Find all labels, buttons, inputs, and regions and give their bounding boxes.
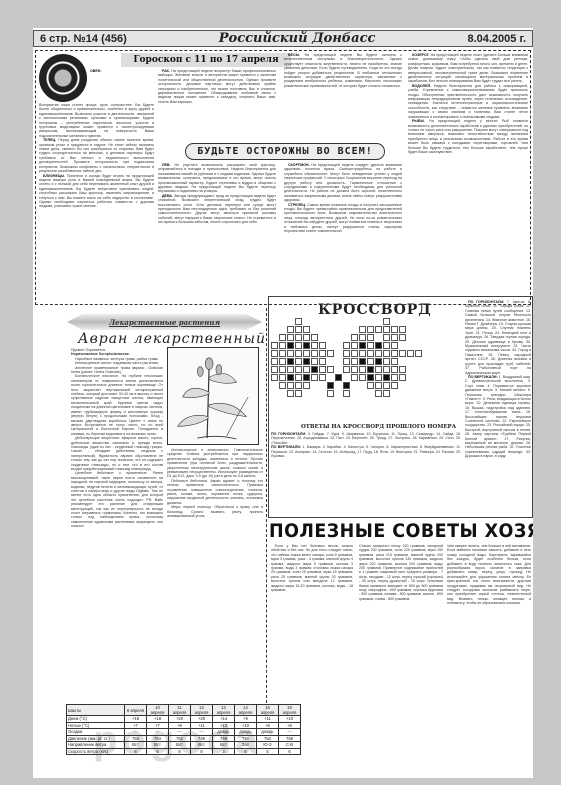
- crossword-cell[interactable]: [367, 350, 374, 357]
- crossword-black-cell: [327, 382, 334, 389]
- crossword-cell[interactable]: [295, 382, 302, 389]
- crossword-cell[interactable]: [343, 366, 350, 373]
- weather-cell: 6: [279, 748, 301, 755]
- sign-libra: ВЕСЫ. На предстоящей неделе Вы будете ск…: [284, 53, 402, 88]
- weather-cell: 5: [147, 748, 169, 755]
- tips-title: ПОЛЕЗНЫЕ СОВЕТЫ ХОЗЯЙКАМ: [269, 520, 512, 542]
- crossword-black-cell: [359, 358, 366, 365]
- crossword-cell[interactable]: [391, 382, 398, 389]
- sign-scorpio: СКОРПИОН. На предстоящей неделе следует …: [284, 163, 402, 203]
- sign-capricorn: КОЗЕРОГ. На предстоящей неделе стоит уде…: [408, 53, 528, 84]
- date-header: 16 апреля: [279, 705, 301, 716]
- crossword-cell[interactable]: [295, 390, 302, 397]
- date-header: 15 апреля: [257, 705, 279, 716]
- crossword-cell[interactable]: [351, 334, 358, 341]
- crossword-cell[interactable]: [271, 358, 278, 365]
- crossword-grid[interactable]: [271, 318, 461, 413]
- warning-banner: БУДЬТЕ ОСТОРОЖНЫ ВО ВСЕМ!: [185, 143, 385, 160]
- weather-cell: 8: [169, 748, 191, 755]
- crossword-cell[interactable]: [319, 350, 326, 357]
- crossword-cell[interactable]: [415, 350, 422, 357]
- crossword-clues: ПО ГОРИЗОНТАЛИ: 7. Цветок. 8. Мужской го…: [465, 300, 531, 515]
- crossword-answers-title: ОТВЕТЫ НА КРОССВОРД ПРОШЛОГО НОМЕРА: [301, 424, 456, 430]
- crossword-cell[interactable]: [287, 390, 294, 397]
- date-header: 10 апреля: [147, 705, 169, 716]
- crossword-cell[interactable]: [303, 350, 310, 357]
- crossword-cell[interactable]: [343, 350, 350, 357]
- crossword-cell[interactable]: [311, 342, 318, 349]
- crossword-cell[interactable]: [367, 382, 374, 389]
- horoscope-column-2-bottom: ЛЕВ. Не упустите возможность расширить с…: [158, 163, 276, 303]
- crossword-cell[interactable]: [399, 374, 406, 381]
- sign-aquarius: ВОДОЛЕЙ. Неделя благоприятна для работы …: [408, 84, 528, 119]
- crossword-cell[interactable]: [391, 358, 398, 365]
- crossword-black-cell: [287, 358, 294, 365]
- crossword-cell[interactable]: [399, 366, 406, 373]
- column-divider: [266, 308, 267, 703]
- crossword-cell[interactable]: [351, 358, 358, 365]
- plant-article-column-2: Ранее высокоценимый, ныне авран почти не…: [167, 448, 263, 708]
- crossword-cell[interactable]: [303, 326, 310, 333]
- gratiola-plant-icon: [168, 348, 258, 444]
- crossword-cell[interactable]: [303, 334, 310, 341]
- crossword-cell[interactable]: [279, 342, 286, 349]
- crossword-black-cell: [303, 358, 310, 365]
- tips-column-3: Чем свежее зелень, тем больше в ней вита…: [447, 544, 531, 774]
- crossword-cell[interactable]: [391, 342, 398, 349]
- crossword-cell[interactable]: [375, 326, 382, 333]
- crossword-cell[interactable]: [271, 366, 278, 373]
- crossword-cell[interactable]: [367, 334, 374, 341]
- crossword-cell[interactable]: [383, 318, 390, 325]
- weather-header-row: Шахты9 апреля10 апреля11 апреля12 апреля…: [67, 705, 301, 716]
- crossword-cell[interactable]: [399, 326, 406, 333]
- crossword-cell[interactable]: [359, 374, 366, 381]
- medicinal-plants-banner: Лекарственные растения: [67, 314, 262, 330]
- crossword-cell[interactable]: [383, 326, 390, 333]
- date-header: 14 апреля: [235, 705, 257, 716]
- sign-leo: ЛЕВ. Не упустите возможность расширить с…: [158, 163, 276, 194]
- crossword-black-cell: [359, 342, 366, 349]
- crossword-cell[interactable]: [375, 350, 382, 357]
- crossword-cell[interactable]: [359, 366, 366, 373]
- crossword-cell[interactable]: [399, 350, 406, 357]
- crossword-cell[interactable]: [311, 374, 318, 381]
- sign-sagittarius: СТРЕЛЕЦ. Самое время пожинать плоды и по…: [284, 203, 402, 234]
- plant-article-title: Авран лекарственный: [78, 331, 266, 347]
- horoscope-section: Гороскоп с 11 по 17 апреля ОВЕН. Восприя…: [35, 50, 531, 305]
- plant-article-column-1: Ядовит! Охраняется. Норичниковые Scrophu…: [71, 348, 163, 708]
- plant-illustration: [167, 347, 259, 445]
- crossword-cell[interactable]: [295, 358, 302, 365]
- crossword-cell[interactable]: [391, 326, 398, 333]
- crossword-cell[interactable]: [287, 334, 294, 341]
- crossword-cell[interactable]: [383, 342, 390, 349]
- crossword-cell[interactable]: [399, 334, 406, 341]
- crossword-black-cell: [311, 366, 318, 373]
- crossword-cell[interactable]: [319, 358, 326, 365]
- crossword-black-cell: [287, 342, 294, 349]
- crossword-black-cell: [375, 358, 382, 365]
- crossword-cell[interactable]: [383, 390, 390, 397]
- weather-cell: 8: [191, 748, 213, 755]
- sign-pisces: РЫБЫ. На предстоящей неделе у многих Рыб…: [408, 119, 528, 154]
- crossword-cell[interactable]: [311, 334, 318, 341]
- tips-column-2: Стакан сахарного песку 220 граммов, саха…: [359, 544, 443, 734]
- crossword-cell[interactable]: [375, 374, 382, 381]
- date-header: 13 апреля: [213, 705, 235, 716]
- crossword-black-cell: [375, 342, 382, 349]
- date-header: 12 апреля: [191, 705, 213, 716]
- crossword-cell[interactable]: [287, 382, 294, 389]
- crossword-black-cell: [303, 374, 310, 381]
- crossword-answers: ПО ГОРИЗОНТАЛИ: 3. Гайдар. 7. Кура. 9. Ш…: [271, 432, 461, 516]
- crossword-cell[interactable]: [303, 366, 310, 373]
- page-header: 6 стр. №14 (456) Российский Донбасс 8.04…: [33, 30, 533, 47]
- crossword-cell[interactable]: [367, 342, 374, 349]
- issue-date: 8.04.2005 г.: [467, 33, 526, 45]
- crossword-cell[interactable]: [327, 390, 334, 397]
- tips-column-1: Если у Вас нет бытовых весов, можно обой…: [271, 544, 353, 702]
- crossword-cell[interactable]: [391, 334, 398, 341]
- crossword-cell[interactable]: [407, 350, 414, 357]
- crossword-cell[interactable]: [351, 366, 358, 373]
- crossword-cell[interactable]: [367, 326, 374, 333]
- weather-row: Скорость ветра (м/с)65883656: [67, 748, 301, 755]
- crossword-cell[interactable]: [295, 326, 302, 333]
- crossword-cell[interactable]: [311, 350, 318, 357]
- crossword-cell[interactable]: [311, 358, 318, 365]
- crossword-cell[interactable]: [343, 390, 350, 397]
- page-issue-number: 6 стр. №14 (456): [40, 33, 127, 45]
- crossword-cell[interactable]: [287, 326, 294, 333]
- crossword-black-cell: [303, 342, 310, 349]
- horoscope-column-3-bottom: СКОРПИОН. На предстоящей неделе следует …: [284, 163, 402, 303]
- city-header: Шахты: [67, 705, 125, 716]
- weather-table: Шахты9 апреля10 апреля11 апреля12 апреля…: [66, 704, 301, 755]
- crossword-cell[interactable]: [295, 318, 302, 325]
- crossword-black-cell: [287, 374, 294, 381]
- weather-row-label: Скорость ветра (м/с): [67, 748, 125, 755]
- crossword-cell[interactable]: [351, 374, 358, 381]
- horoscope-title: Гороскоп с 11 по 17 апреля: [121, 53, 291, 67]
- crossword-cell[interactable]: [343, 358, 350, 365]
- crossword-cell[interactable]: [295, 350, 302, 357]
- date-header: 9 апреля: [125, 705, 147, 716]
- crossword-cell[interactable]: [295, 334, 302, 341]
- crossword-cell[interactable]: [375, 382, 382, 389]
- weather-cell: 6: [125, 748, 147, 755]
- crossword-cell[interactable]: [279, 374, 286, 381]
- crossword-cell[interactable]: [359, 350, 366, 357]
- crossword-cell[interactable]: [319, 374, 326, 381]
- crossword-cell[interactable]: [343, 342, 350, 349]
- crossword-cell[interactable]: [303, 382, 310, 389]
- crossword-cell[interactable]: [327, 366, 334, 373]
- horoscope-column-4: КОЗЕРОГ. На предстоящей неделе стоит уде…: [408, 53, 528, 303]
- sign-gemini: БЛИЗНЕЦЫ. Приятели и соседи будут играть…: [39, 174, 154, 209]
- crossword-cell[interactable]: [295, 366, 302, 373]
- sign-cancer: РАК. На предстоящей неделе возрастут Ваш…: [158, 69, 276, 104]
- weather-cell: 3: [213, 748, 235, 755]
- crossword-black-cell: [383, 374, 390, 381]
- crossword-black-cell: [343, 382, 350, 389]
- crossword-cell[interactable]: [279, 366, 286, 373]
- weather-cell: 6: [235, 748, 257, 755]
- crossword-cell[interactable]: [383, 334, 390, 341]
- crossword-cell[interactable]: [383, 358, 390, 365]
- crossword-cell[interactable]: [367, 358, 374, 365]
- crossword-cell[interactable]: [327, 350, 334, 357]
- crossword-cell[interactable]: [279, 334, 286, 341]
- crossword-cell[interactable]: [279, 382, 286, 389]
- sign-aries: Восприятие мира станет проще, ярче, конт…: [39, 103, 154, 138]
- crossword-cell[interactable]: [359, 326, 366, 333]
- newspaper-page: 6 стр. №14 (456) Российский Донбасс 8.04…: [33, 28, 533, 778]
- crossword-cell[interactable]: [391, 350, 398, 357]
- weather-cell: 5: [257, 748, 279, 755]
- sign-taurus: ТЕЛЕЦ. Перед днем рождения обычно самое …: [39, 138, 154, 173]
- crossword-cell[interactable]: [383, 382, 390, 389]
- crossword-cell[interactable]: [271, 374, 278, 381]
- crossword-cell[interactable]: [359, 334, 366, 341]
- crossword-cell[interactable]: [287, 366, 294, 373]
- crossword-cell[interactable]: [279, 358, 286, 365]
- crossword-cell[interactable]: [391, 374, 398, 381]
- crossword-black-cell: [367, 374, 374, 381]
- crossword-cell[interactable]: [351, 350, 358, 357]
- crossword-cell[interactable]: [383, 366, 390, 373]
- crossword-cell[interactable]: [279, 350, 286, 357]
- crossword-cell[interactable]: [375, 366, 382, 373]
- crossword-cell[interactable]: [287, 350, 294, 357]
- horoscope-column-3-top: ВЕСЫ. На предстоящей неделе Вы будете ск…: [284, 53, 402, 143]
- crossword-cell[interactable]: [391, 366, 398, 373]
- crossword-black-cell: [367, 366, 374, 373]
- crossword-cell[interactable]: [271, 350, 278, 357]
- newspaper-title: Российский Донбасс: [219, 31, 376, 46]
- crossword-cell[interactable]: [383, 350, 390, 357]
- crossword-cell[interactable]: [375, 390, 382, 397]
- crossword-black-cell: [335, 374, 342, 381]
- crossword-cell[interactable]: [295, 374, 302, 381]
- date-header: 11 апреля: [169, 705, 191, 716]
- crossword-cell[interactable]: [295, 342, 302, 349]
- crossword-cell[interactable]: [319, 366, 326, 373]
- crossword-title: КРОССВОРД: [318, 302, 432, 318]
- horoscope-column-1: Восприятие мира станет проще, ярче, конт…: [39, 71, 154, 304]
- crossword-cell[interactable]: [351, 342, 358, 349]
- sign-virgo: ДЕВА. Звезды предупреждают: вряд ли пред…: [158, 194, 276, 225]
- crossword-cell[interactable]: [271, 342, 278, 349]
- crossword-cell[interactable]: [319, 342, 326, 349]
